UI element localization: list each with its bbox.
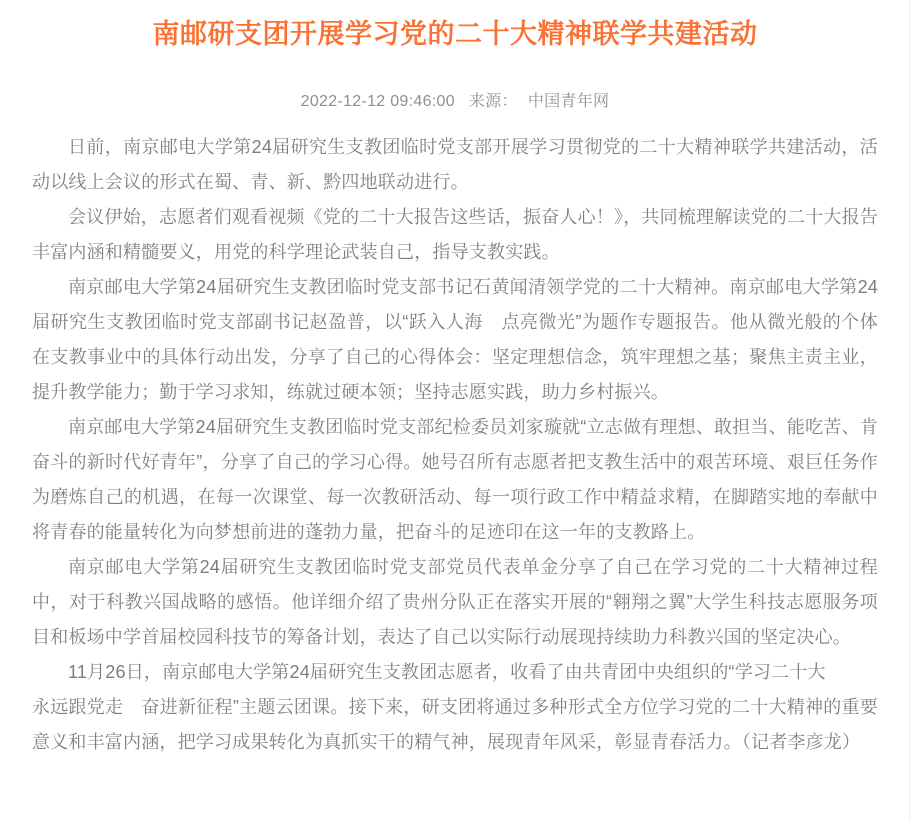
article-paragraph: 南京邮电大学第24届研究生支教团临时党支部党员代表单金分享了自己在学习党的二十大… <box>32 550 878 655</box>
article-meta: 2022-12-12 09:46:00来源：中国青年网 <box>32 93 878 111</box>
article-paragraph: 南京邮电大学第24届研究生支教团临时党支部纪检委员刘家璇就“立志做有理想、敢担当… <box>32 410 878 550</box>
article-paragraph: 永远跟党走 奋进新征程”主题云团课。接下来，研支团将通过多种形式全方位学习党的二… <box>32 690 878 760</box>
source-name: 中国青年网 <box>528 93 610 110</box>
article-body: 日前，南京邮电大学第24届研究生支教团临时党支部开展学习贯彻党的二十大精神联学共… <box>32 130 878 760</box>
article-page: 南邮研支团开展学习党的二十大精神联学共建活动 2022-12-12 09:46:… <box>0 0 910 820</box>
article-paragraph: 11月26日，南京邮电大学第24届研究生支教团志愿者，收看了由共青团中央组织的“… <box>32 655 878 690</box>
source-label: 来源： <box>469 93 518 110</box>
article-title: 南邮研支团开展学习党的二十大精神联学共建活动 <box>32 16 878 52</box>
article-paragraph: 会议伊始，志愿者们观看视频《党的二十大报告这些话，振奋人心！》，共同梳理解读党的… <box>32 200 878 270</box>
article-paragraph: 日前，南京邮电大学第24届研究生支教团临时党支部开展学习贯彻党的二十大精神联学共… <box>32 130 878 200</box>
article-paragraph: 南京邮电大学第24届研究生支教团临时党支部书记石黄闻清领学党的二十大精神。南京邮… <box>32 270 878 410</box>
publish-datetime: 2022-12-12 09:46:00 <box>301 93 455 110</box>
article-container: 南邮研支团开展学习党的二十大精神联学共建活动 2022-12-12 09:46:… <box>0 0 909 760</box>
